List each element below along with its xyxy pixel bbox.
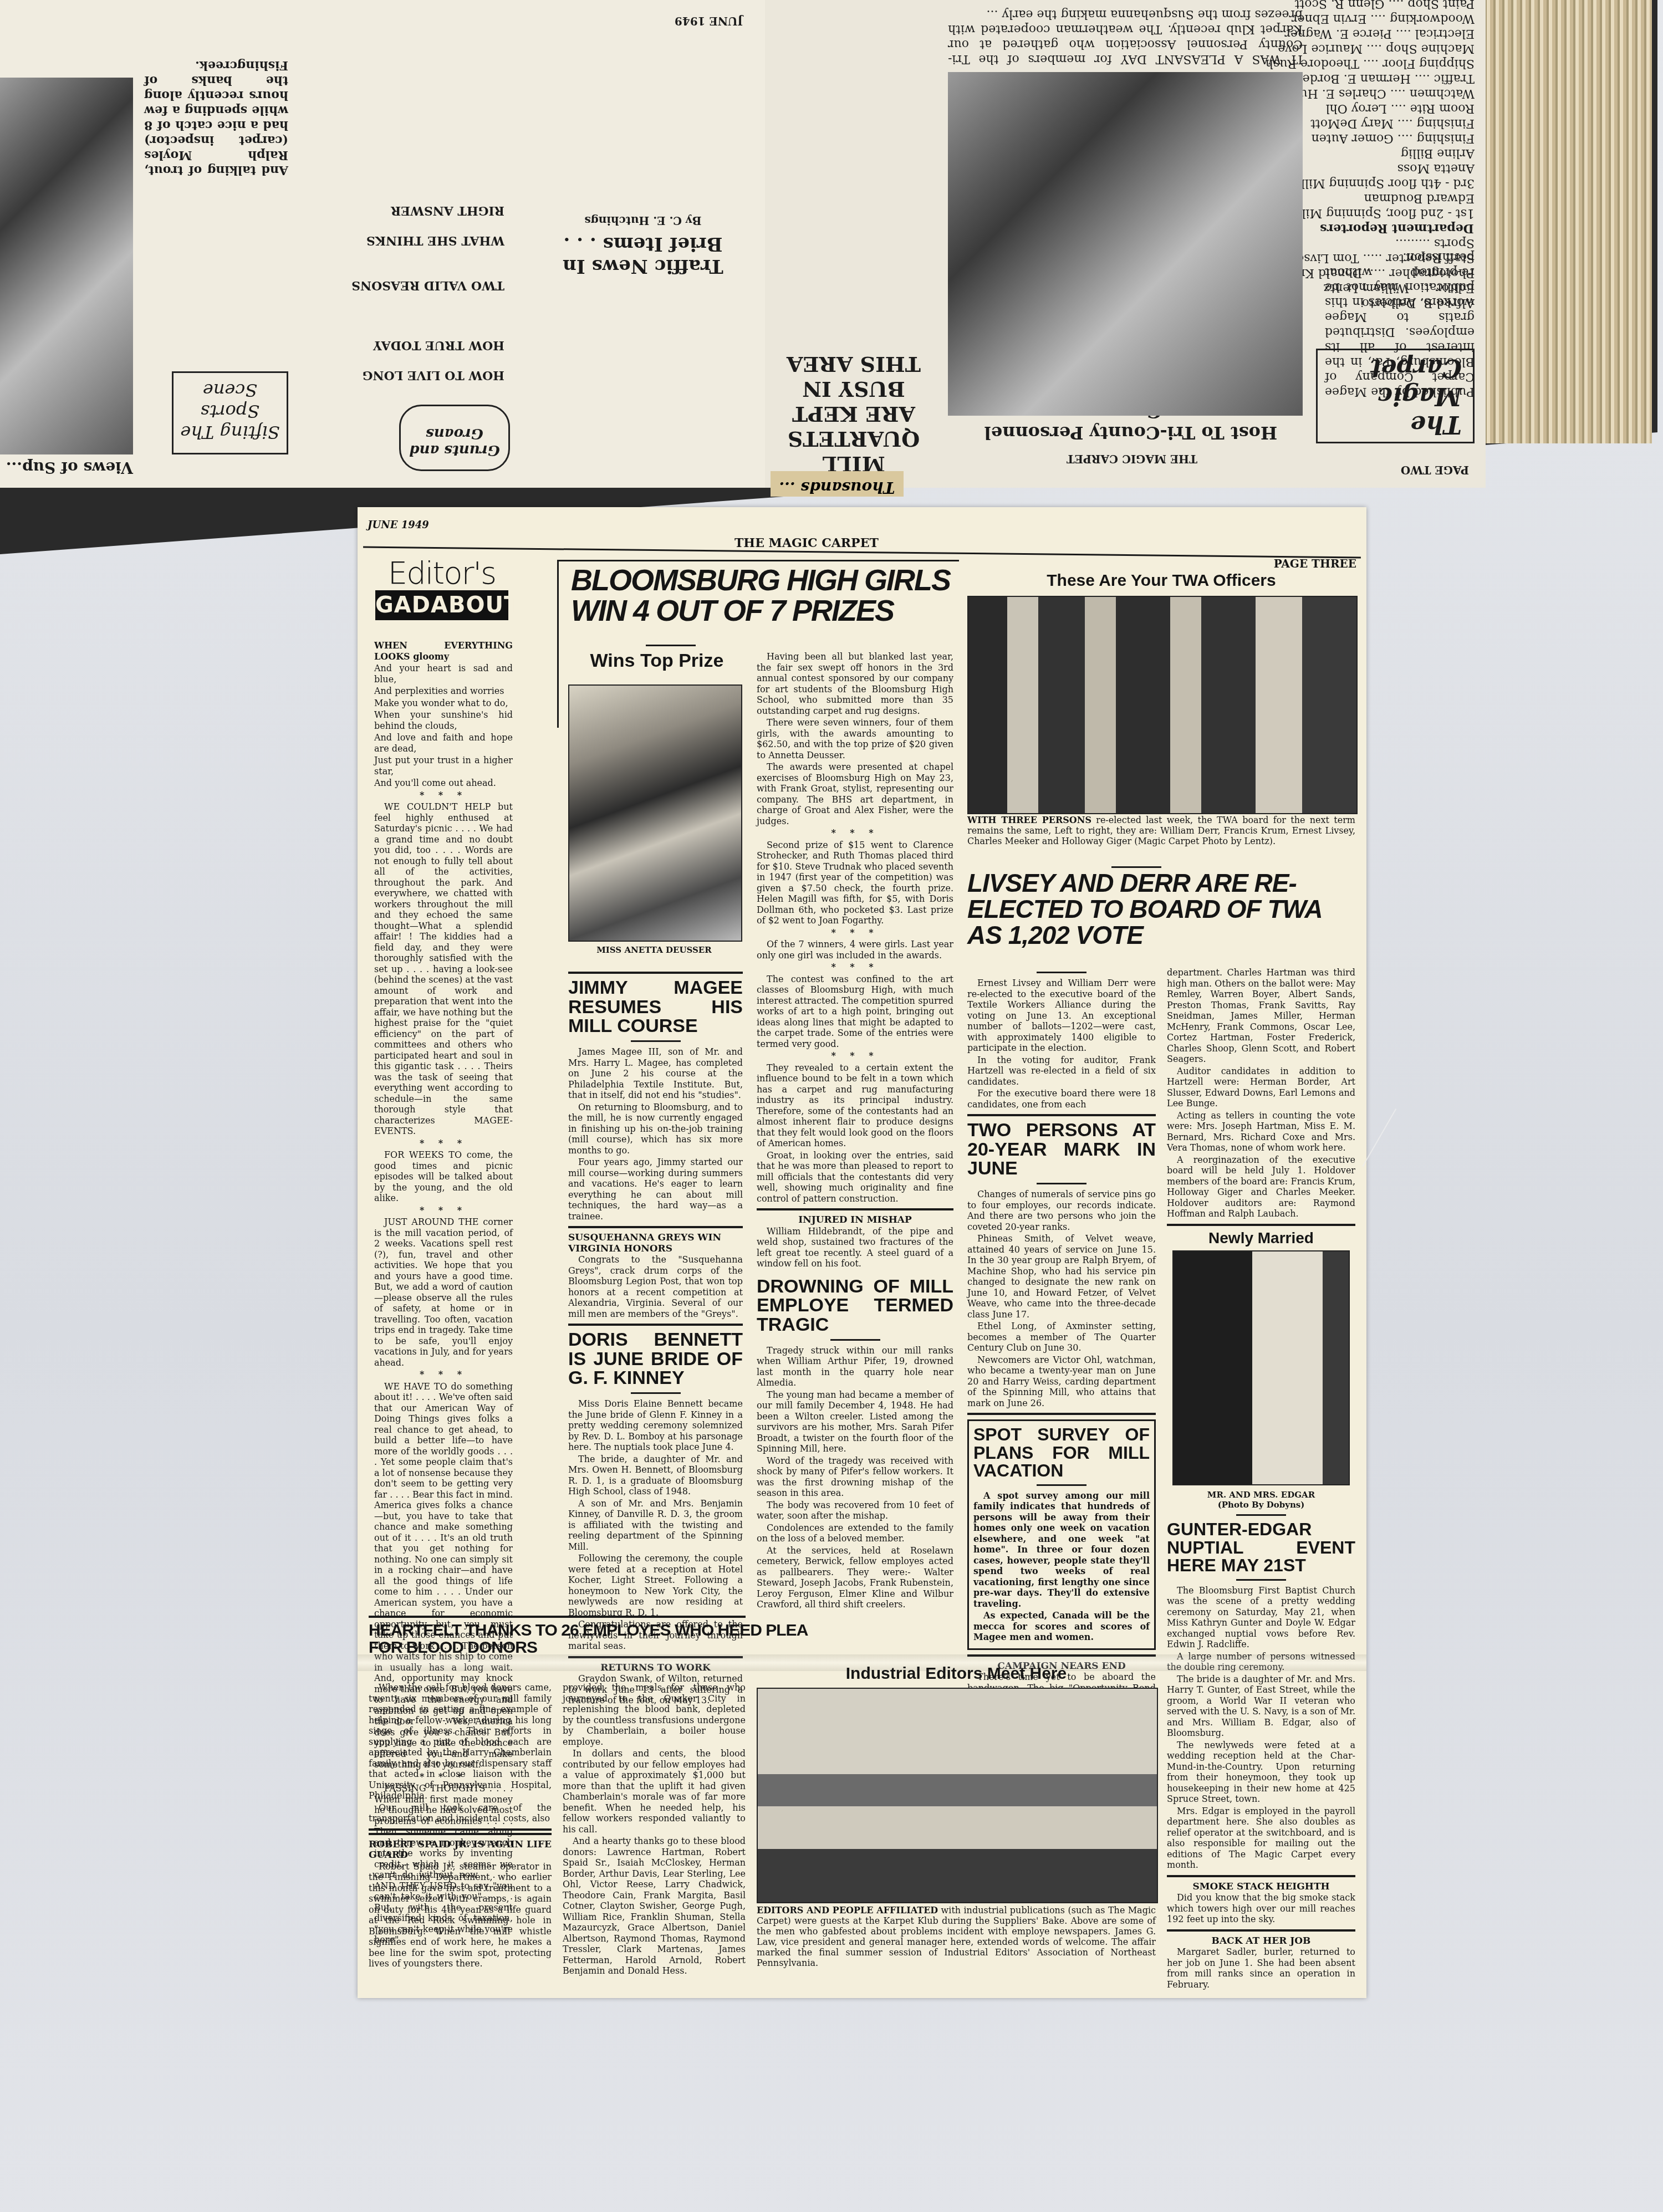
twenty-year-headline: TWO PERSONS AT 20-YEAR MARK IN JUNE xyxy=(967,1121,1156,1178)
smoke-headline: SMOKE STACK HEIGHTH xyxy=(1167,1882,1355,1893)
twa-officers-photo xyxy=(967,596,1358,814)
supper-views-photo xyxy=(0,78,133,454)
magee-headline: JIMMY MAGEE RESUMES HIS MILL COURSE xyxy=(568,978,743,1036)
newspaper-page-three: JUNE 1949 THE MAGIC CARPET PAGE THREE Ed… xyxy=(358,507,1366,1998)
karpet-klub-photo xyxy=(948,72,1303,416)
page-sports: JUNE 1949 Traffic News In Brief Items . … xyxy=(0,0,765,488)
grunts-groans-logo: Grunts and Groans xyxy=(399,405,510,471)
blood-headline: HEARTFELT THANKS TO 26 EMPLOYES WHO HEED… xyxy=(369,1622,812,1656)
sports-scene-logo: Sifting The Sports Scene xyxy=(172,371,288,454)
index-tab: Thousands ... xyxy=(771,471,904,497)
wedding-photo-title: Newly Married xyxy=(1167,1230,1355,1247)
smoke-text: Did you know that the big smoke stack wh… xyxy=(1167,1892,1355,1925)
survey-headline: SPOT SURVEY OF PLANS FOR MILL VACATION xyxy=(973,1426,1150,1480)
fishing-item: And talking of trout, Ralph Moyles (carp… xyxy=(144,58,288,177)
page-two-running-head: THE MAGIC CARPET xyxy=(1067,452,1197,466)
page-number: PAGE THREE xyxy=(1274,557,1356,570)
photo-caption: IT WAS A PLEASANT DAY for members of the… xyxy=(948,7,1303,67)
twa-photo-caption: WITH THREE PERSONS re-elected last week,… xyxy=(967,815,1355,846)
quartets-headline: MILL QUARTETS ARE KEPT BUSY IN THIS AREA xyxy=(776,352,931,477)
twa-article-col2: department. Charles Hartman was third hi… xyxy=(1167,967,1355,1991)
spaid-headline: ROBERT SPAID JR. IS AGAIN LIFE GUARD xyxy=(369,1840,552,1861)
spaid-text: Robert Spaid Jr., steamer operator in th… xyxy=(369,1861,552,1969)
bennett-headline: DORIS BENNETT IS JUNE BRIDE OF G. F. KIN… xyxy=(568,1330,743,1388)
prizes-article: Having been all but blanked last year, t… xyxy=(757,651,953,1611)
back-text: Margaret Sadler, burler, returned to her… xyxy=(1167,1947,1355,1990)
stacked-page-edges xyxy=(1463,0,1652,443)
gadabout-box-title: GADABOUT xyxy=(375,590,508,620)
wedding-credit: (Photo By Dobyns) xyxy=(1167,1500,1355,1510)
gadabout-masthead: Editor's GADABOUT xyxy=(375,557,508,620)
editors-meeting-photo xyxy=(757,1688,1158,1903)
blood-col1: When the call for blood donors came, twe… xyxy=(369,1682,552,1970)
greys-text: Congrats to the "Susquehanna Greys", cra… xyxy=(568,1254,743,1319)
background-spread-upside-down: PAGE TWO THE MAGIC CARPET The Magic Carp… xyxy=(0,0,1486,488)
survey-box: SPOT SURVEY OF PLANS FOR MILL VACATION A… xyxy=(967,1419,1156,1650)
page-two: PAGE TWO THE MAGIC CARPET The Magic Carp… xyxy=(765,0,1486,488)
back-headline: BACK AT HER JOB xyxy=(1167,1936,1355,1947)
editors-photo-title: Industrial Editors Meet Here xyxy=(757,1666,1156,1683)
traffic-headline: Traffic News In Brief Items . . . xyxy=(543,233,743,277)
injured-headline: INJURED IN MISHAP xyxy=(757,1215,953,1226)
gunter-headline: GUNTER-EDGAR NUPTIAL EVENT HERE MAY 21ST xyxy=(1167,1520,1355,1575)
masthead-staff: Alfred B. Dalberto Editor ..... William … xyxy=(1319,0,1475,310)
page-date: JUNE 1949 xyxy=(675,14,743,28)
photo-title-wins-top-prize: Wins Top Prize xyxy=(579,651,734,671)
issue-date: JUNE 1949 xyxy=(368,519,429,531)
views-heading: Views of Sup... xyxy=(0,458,133,477)
traffic-byline: By C. E. Hutchings xyxy=(543,214,743,227)
gadabout-script-title: Editor's xyxy=(375,557,508,590)
magee-column: JIMMY MAGEE RESUMES HIS MILL COURSE Jame… xyxy=(568,967,743,1707)
edgar-wedding-photo xyxy=(1172,1250,1350,1485)
drowning-headline: DROWNING OF MILL EMPLOYE TERMED TRAGIC xyxy=(757,1277,953,1335)
deusser-photo xyxy=(568,684,742,942)
editors-photo-caption: EDITORS AND PEOPLE AFFILIATED with indus… xyxy=(757,1905,1156,1968)
grunts-items: HOW TO LIVE LONG HOW TRUE TODAY TWO VALI… xyxy=(360,203,504,382)
greys-headline: SUSQUEHANNA GREYS WIN VIRGINIA HONORS xyxy=(568,1233,743,1254)
twa-photo-title: These Are Your TWA Officers xyxy=(967,573,1355,590)
page-header: JUNE 1949 THE MAGIC CARPET PAGE THREE xyxy=(358,507,1366,568)
twa-headline: LIVSEY AND DERR ARE RE-ELECTED TO BOARD … xyxy=(967,870,1355,948)
deusser-caption: MISS ANETTA DEUSSER xyxy=(568,945,740,955)
running-head: THE MAGIC CARPET xyxy=(734,536,879,550)
prizes-headline: BLOOMSBURG HIGH GIRLS WIN 4 OUT OF 7 PRI… xyxy=(571,565,953,626)
page-two-label: PAGE TWO xyxy=(1401,463,1469,477)
twa-article-col1: Ernest Livsey and William Derr were re-e… xyxy=(967,967,1156,1716)
blood-col2: provided the meals for those who journey… xyxy=(563,1682,746,1978)
wedding-caption: MR. AND MRS. EDGAR xyxy=(1167,1490,1355,1500)
injured-text: William Hildebrandt, of the pipe and wel… xyxy=(757,1226,953,1269)
